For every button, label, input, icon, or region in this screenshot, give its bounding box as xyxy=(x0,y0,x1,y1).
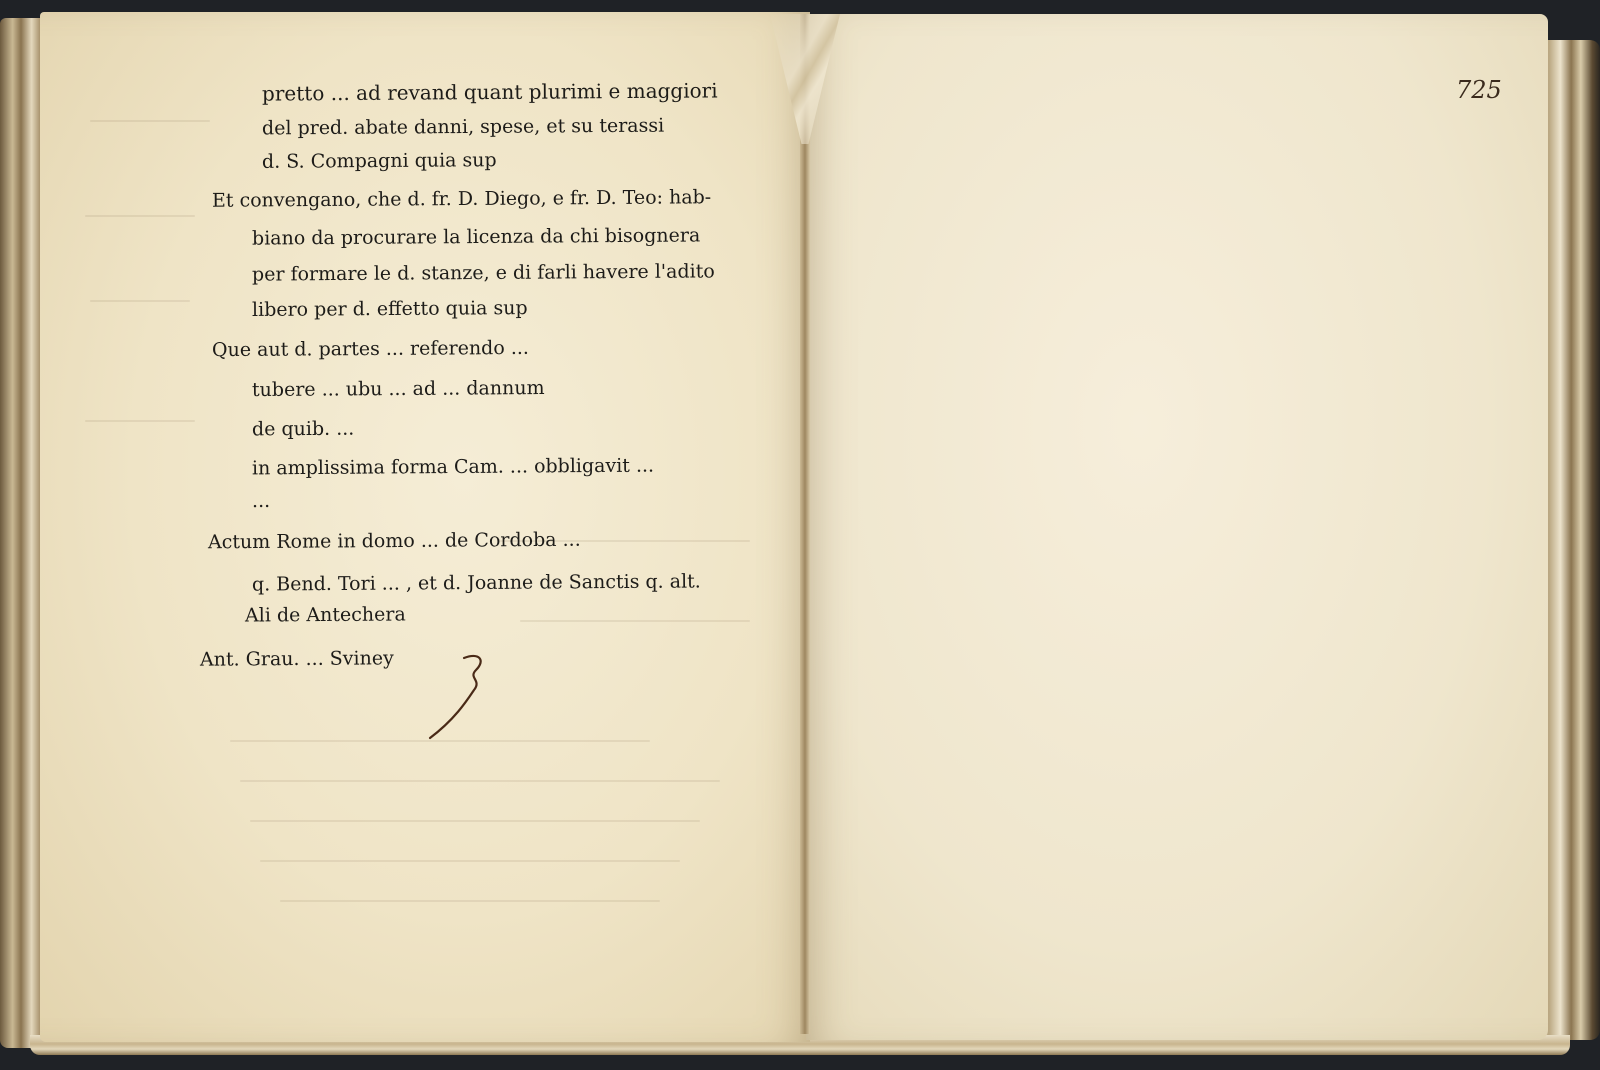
bleed-through-line xyxy=(85,215,195,217)
bleed-through-line xyxy=(230,740,650,742)
text-line: Actum Rome in domo ... de Cordoba ... xyxy=(208,529,581,554)
text-line: Ali de Antechera xyxy=(245,603,406,626)
text-line: d. S. Compagni quia sup xyxy=(262,149,497,173)
bleed-through-line xyxy=(250,820,700,822)
bleed-through-line xyxy=(85,420,195,422)
bleed-through-line xyxy=(260,860,680,862)
bleed-through-line xyxy=(90,300,190,302)
text-line: pretto ... ad revand quant plurimi e mag… xyxy=(262,78,718,105)
text-line: Et convengano, che d. fr. D. Diego, e fr… xyxy=(212,186,711,211)
book-gutter xyxy=(800,14,810,1034)
text-line: Ant. Grau. ... Sviney xyxy=(200,647,394,670)
bleed-through-line xyxy=(280,900,660,902)
text-line: Que aut d. partes ... referendo ... xyxy=(212,337,529,361)
text-line: in amplissima forma Cam. ... obbligavit … xyxy=(252,455,654,480)
text-line: libero per d. effetto quia sup xyxy=(252,297,528,321)
right-page xyxy=(806,14,1548,1040)
open-manuscript: pretto ... ad revand quant plurimi e mag… xyxy=(0,0,1600,1070)
bleed-through-line xyxy=(240,780,720,782)
text-line: tubere ... ubu ... ad ... dannum xyxy=(252,377,545,401)
text-line: de quib. ... xyxy=(252,418,354,441)
text-line: biano da procurare la licenza da chi bis… xyxy=(252,224,700,249)
text-line: q. Bend. Tori ... , et d. Joanne de Sanc… xyxy=(252,570,701,595)
text-line: per formare le d. stanze, e di farli hav… xyxy=(252,260,715,285)
bleed-through-line xyxy=(520,620,750,622)
bleed-through-line xyxy=(90,120,210,122)
signature-paraph-icon xyxy=(424,650,504,740)
text-line: del pred. abate danni, spese, et su tera… xyxy=(262,115,664,140)
folio-number: 725 xyxy=(1456,76,1502,104)
text-line: ... xyxy=(252,490,270,512)
